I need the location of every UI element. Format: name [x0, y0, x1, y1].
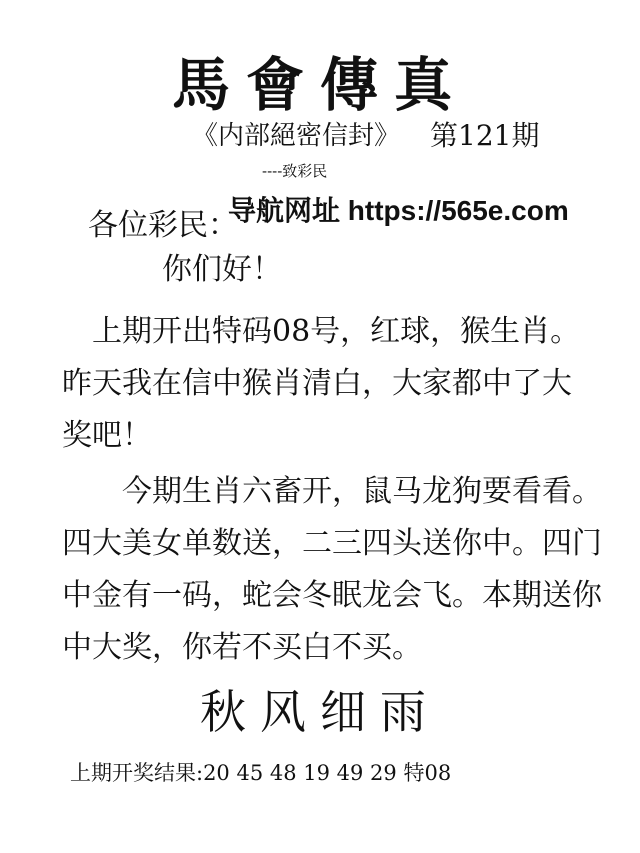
paragraph-1-line: 上期开出特码08号，红球，猴生肖。	[62, 306, 602, 358]
addressee-line: ----致彩民	[262, 160, 327, 182]
paragraph-1-line: 昨天我在信中猴肖清白，大家都中了大	[62, 358, 602, 410]
issue-number: 第121期	[430, 118, 539, 154]
document-subtitle: 《内部絕密信封》	[192, 118, 400, 154]
nav-url-link[interactable]: 导航网址 https://565e.com	[228, 192, 569, 230]
paragraph-2-line: 中金有一码，蛇会冬眠龙会飞。本期送你	[62, 570, 602, 622]
greeting: 你们好！	[162, 250, 282, 290]
paragraph-2: 今期生肖六畜开，鼠马龙狗要看看。 四大美女单数送，二三四头送你中。四门 中金有一…	[62, 466, 602, 674]
paragraph-2-line: 四大美女单数送，二三四头送你中。四门	[62, 518, 602, 570]
signature: 秋风细雨	[0, 682, 640, 742]
paragraph-2-line: 中大奖，你若不买白不买。	[62, 622, 602, 674]
last-draw-result: 上期开奖结果:20 45 48 19 49 29 特08	[70, 758, 451, 788]
paragraph-1: 上期开出特码08号，红球，猴生肖。 昨天我在信中猴肖清白，大家都中了大 奖吧！	[62, 306, 602, 462]
paragraph-2-line: 今期生肖六畜开，鼠马龙狗要看看。	[62, 466, 602, 518]
document-title: 馬會傳真	[0, 50, 640, 120]
salutation: 各位彩民：	[88, 206, 238, 246]
paragraph-1-line: 奖吧！	[62, 410, 602, 462]
